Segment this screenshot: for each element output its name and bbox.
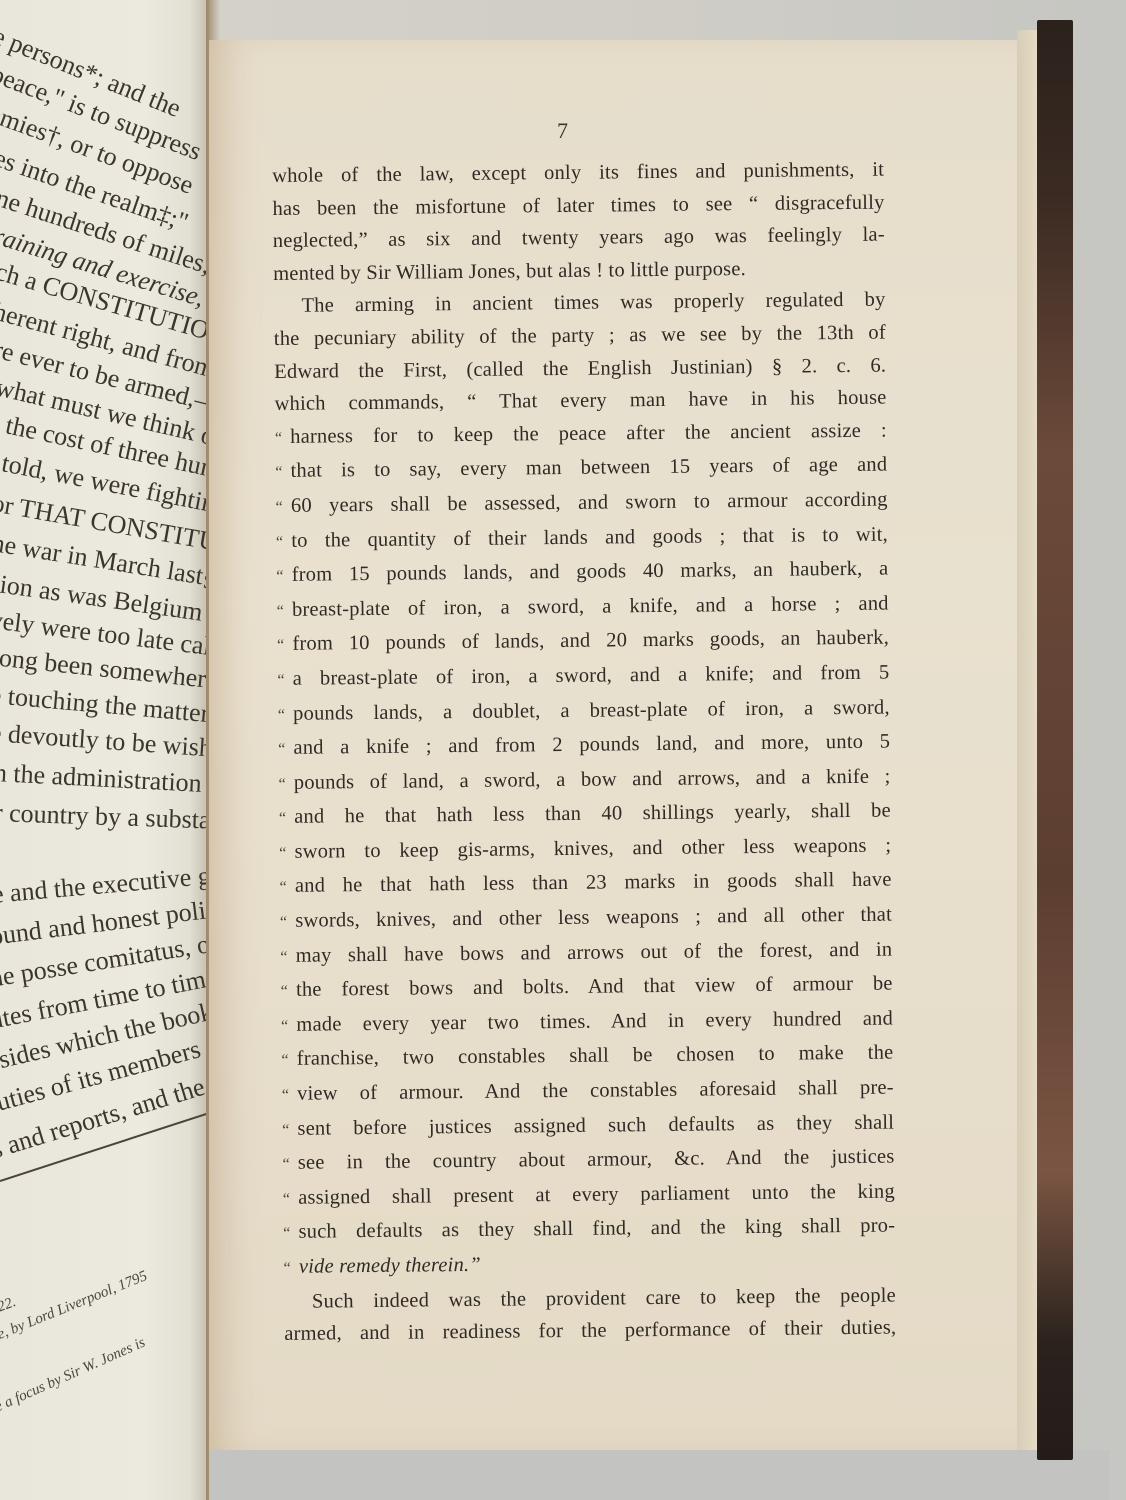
quote-mark: “	[277, 672, 284, 689]
text-line: armed, and in readiness for the performa…	[284, 1312, 896, 1351]
quote-mark: “	[275, 430, 282, 447]
quote-mark: “	[280, 879, 287, 896]
quote-mark: “	[284, 1260, 291, 1277]
quote-mark: “	[278, 706, 285, 723]
quote-mark: “	[283, 1191, 290, 1208]
page-number: 7	[557, 118, 568, 144]
quote-mark: “	[282, 1156, 289, 1173]
quote-mark: “	[278, 741, 285, 758]
page-fore-edge	[1017, 30, 1037, 1450]
table-surface	[209, 1450, 1109, 1500]
quote-mark: “	[275, 464, 282, 481]
quote-mark: “	[280, 949, 287, 966]
quote-mark: “	[276, 499, 283, 516]
quoted-line: “a breast-plate of iron, a sword, and a …	[277, 656, 889, 697]
quote-mark: “	[279, 810, 286, 827]
quote-mark: “	[277, 637, 284, 654]
quote-mark: “	[283, 1225, 290, 1242]
text-line: neglected,” as six and twenty years ago …	[273, 219, 885, 258]
body-text: whole of the law, except only its fines …	[272, 154, 896, 1351]
quote-mark: “	[279, 845, 286, 862]
footnote-line: e a focus by Sir W. Jones is	[0, 1335, 148, 1417]
left-page-line: n the administration of	[0, 758, 209, 800]
quote-mark: “	[281, 1052, 288, 1069]
quote-mark: “	[277, 603, 284, 620]
book-binding	[1037, 20, 1073, 1460]
quoted-line: “swords, knives, and other less weapons …	[280, 899, 892, 940]
quote-mark: “	[281, 1018, 288, 1035]
quote-mark: “	[276, 568, 283, 585]
quote-mark: “	[278, 776, 285, 793]
quoted-line: “such defaults as they shall find, and t…	[283, 1210, 895, 1251]
quoted-line: “60 years shall be assessed, and sworn t…	[275, 484, 887, 525]
left-page-line: r country by a substan-	[0, 798, 209, 836]
quoted-line: “view of armour. And the constables afor…	[282, 1072, 894, 1113]
quote-mark: “	[282, 1087, 289, 1104]
footnote-line: ce, by Lord Liverpool, 1795	[0, 1268, 150, 1346]
footnote-line: 22.	[0, 1294, 19, 1316]
quote-mark: “	[280, 914, 287, 931]
left-page: e persons*; and the peace," is to suppre…	[0, 0, 209, 1500]
quote-mark: “	[276, 533, 283, 550]
quote-mark: “	[281, 983, 288, 1000]
quote-mark: “	[282, 1121, 289, 1138]
